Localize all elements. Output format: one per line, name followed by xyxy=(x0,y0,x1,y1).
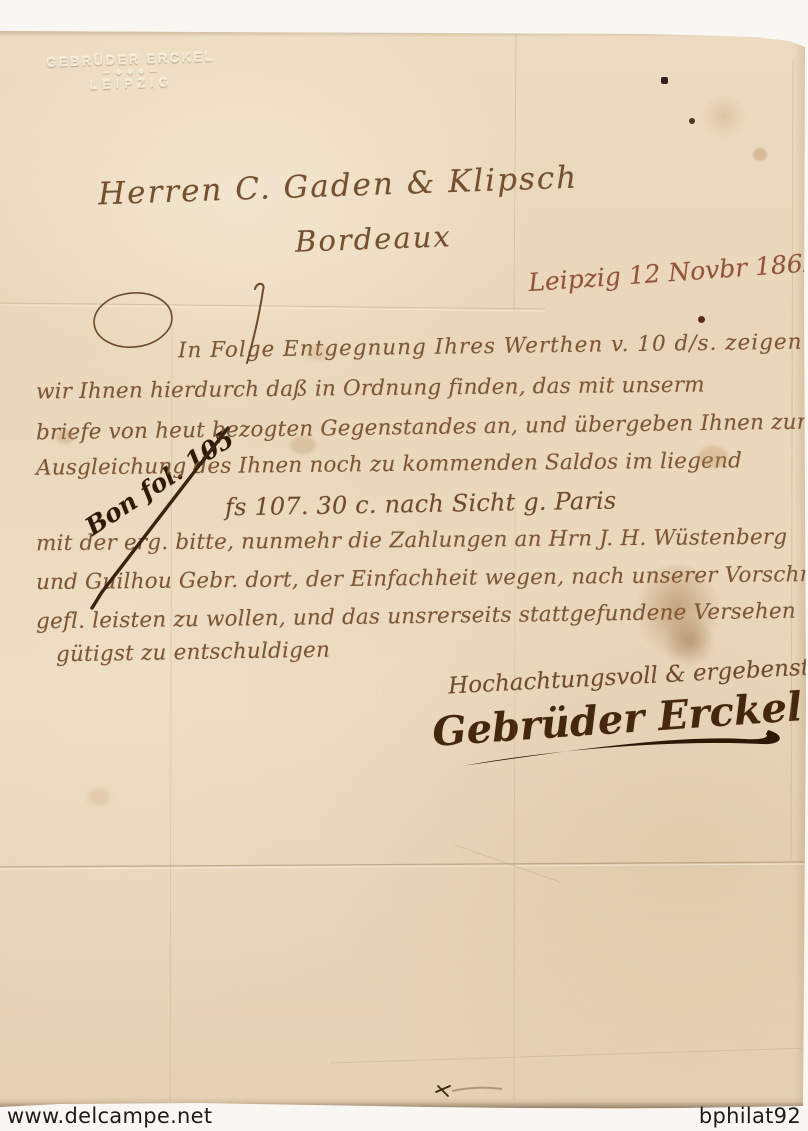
ink-dot xyxy=(689,118,695,124)
fold-crease-horizontal-upper xyxy=(0,303,545,309)
ink-scribble-mark xyxy=(436,1086,450,1096)
paper-stain xyxy=(753,148,767,161)
embossed-letterhead: GEBRÜDER ERCKEL — ◆ ◆ ◆ — LEIPZIG xyxy=(35,49,226,95)
paper-stain xyxy=(700,95,748,137)
body-line: In Folge Entgegnung Ihres Werthen v. 10 … xyxy=(178,330,803,364)
ink-smear xyxy=(452,1088,502,1091)
watermark-delcampe: www.delcampe.net xyxy=(7,1104,212,1128)
letter-paper-sheet: GEBRÜDER ERCKEL — ◆ ◆ ◆ — LEIPZIG Herren… xyxy=(0,0,808,1131)
ink-dot xyxy=(661,77,668,84)
body-line: wir Ihnen hierdurch daß in Ordnung finde… xyxy=(36,372,705,404)
fold-crease-bottom xyxy=(330,1048,808,1063)
body-line: gefl. leisten zu wollen, und das unsrers… xyxy=(36,599,796,635)
fold-crease-highlight xyxy=(0,305,545,311)
ink-dot xyxy=(698,316,705,323)
body-line: und Guilhou Gebr. dort, der Einfachheit … xyxy=(36,562,808,595)
recipient-address-line: Herren C. Gaden & Klipsch xyxy=(98,160,579,213)
watermark-seller: bphilat92 xyxy=(699,1104,801,1128)
body-line: mit der erg. bitte, nunmehr die Zahlunge… xyxy=(36,525,788,557)
body-line: gütigst zu entschuldigen xyxy=(56,638,330,668)
letter-photo-page: { "letterhead": { "company": "GEBRÜDER E… xyxy=(0,0,808,1131)
date-line: Leipzig 12 Novbr 1862 xyxy=(527,248,808,297)
body-line: briefe von heut bezogten Gegenstandes an… xyxy=(36,410,808,446)
fold-crease-horizontal-lower xyxy=(0,862,808,867)
fold-crease-highlight xyxy=(0,864,808,869)
fold-crease-vertical-right xyxy=(791,60,793,860)
body-line: Ausgleichung des Ihnen noch zu kommenden… xyxy=(36,448,742,480)
recipient-city: Bordeaux xyxy=(294,219,452,258)
body-amount-line: fs 107. 30 c. nach Sicht g. Paris xyxy=(225,487,617,522)
ink-flourish-ellipse xyxy=(91,289,174,351)
foxing-spot xyxy=(88,788,110,806)
fold-crease-diagonal xyxy=(455,845,560,882)
paper-top-edge-shadow xyxy=(0,30,808,37)
